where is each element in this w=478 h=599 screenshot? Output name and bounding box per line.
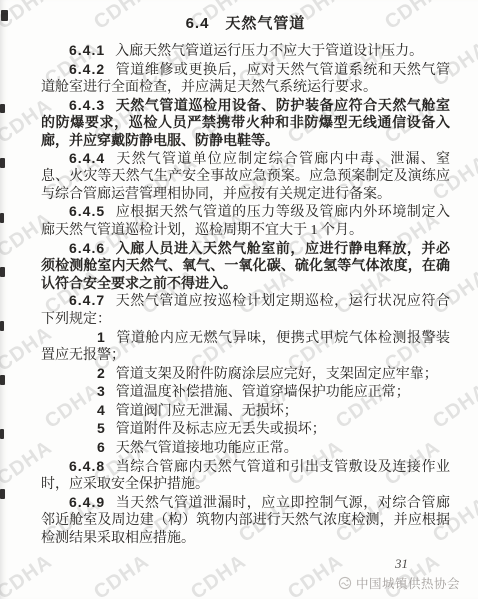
scan-artifact bbox=[0, 267, 5, 277]
clause-6-4-7: 6.4.7天然气管道应按巡检计划定期巡检，运行状况应符合下列规定： bbox=[41, 292, 450, 328]
clause-6-4-4: 6.4.4天然气管道单位应制定综合管廊内中毒、泄漏、窒息、火灾等天然气生产安全事… bbox=[41, 150, 450, 204]
sub-item-4: 4管道阀门应无泄漏、无损坏； bbox=[41, 402, 450, 421]
item-text: 管道阀门应无泄漏、无损坏； bbox=[116, 404, 298, 419]
clause-number: 6.4.2 bbox=[69, 61, 115, 77]
clause-number: 6.4.7 bbox=[69, 292, 115, 308]
sub-item-3: 3管道温度补偿措施、管道穿墙保护功能应正常； bbox=[41, 383, 450, 402]
sub-item-5: 5管道附件及标志应无丢失或损坏； bbox=[41, 420, 450, 439]
item-text: 管道附件及标志应无丢失或损坏； bbox=[116, 422, 326, 437]
clause-number: 6.4.3 bbox=[69, 97, 115, 113]
clause-6-4-3: 6.4.3天然气管道巡检用设备、防护装备应符合天然气舱室的防爆要求，巡检人员严禁… bbox=[41, 97, 450, 150]
watermark-text: CDHA bbox=[187, 550, 251, 599]
scan-artifact bbox=[1, 10, 8, 21]
scan-artifact bbox=[0, 375, 5, 385]
sub-item-1: 1管道舱内应无燃气异味，便携式甲烷气体检测报警装置应无报警； bbox=[41, 329, 450, 365]
cdha-logo-icon bbox=[338, 576, 352, 590]
item-number: 3 bbox=[97, 383, 116, 399]
item-number: 5 bbox=[97, 420, 116, 436]
watermark-text: CDHA bbox=[0, 550, 57, 599]
clause-text: 入廊天然气管道运行压力不应大于管道设计压力。 bbox=[115, 44, 423, 59]
clause-6-4-8: 6.4.8当综合管廊内天然气管道和引出支管敷设及连接作业时，应采取安全保护措施。 bbox=[41, 458, 450, 494]
clause-number: 6.4.4 bbox=[69, 150, 115, 166]
item-number: 4 bbox=[97, 402, 116, 418]
clause-6-4-5: 6.4.5应根据天然气管道的压力等级及管廊内外环境制定入廊天然气管道巡检计划，巡… bbox=[41, 203, 450, 239]
scan-artifact bbox=[0, 158, 5, 168]
sub-item-6: 6天然气管道接地功能应正常。 bbox=[41, 439, 450, 458]
section-title: 6.4 天然气管道 bbox=[41, 12, 450, 33]
scan-artifact bbox=[0, 321, 4, 331]
scan-artifact bbox=[0, 489, 5, 499]
clause-6-4-2: 6.4.2管道维修或更换后，应对天然气管道系统和天然气管道舱室进行全面检查，并应… bbox=[41, 61, 450, 97]
scan-artifact bbox=[0, 429, 4, 439]
clause-6-4-1: 6.4.1入廊天然气管道运行压力不应大于管道设计压力。 bbox=[41, 42, 450, 61]
watermark-text: CDHA bbox=[90, 550, 154, 599]
item-number: 2 bbox=[97, 365, 116, 381]
document-page: CDHACDHACDHACDHACDHACDHACDHACDHACDHACDHA… bbox=[0, 0, 478, 599]
clause-number: 6.4.6 bbox=[69, 240, 115, 256]
scan-artifact bbox=[0, 213, 4, 223]
page-number: 31 bbox=[395, 556, 408, 572]
scan-artifact bbox=[0, 104, 5, 113]
footer-org-name: 中国城镇供热协会 bbox=[356, 574, 460, 592]
clause-6-4-9: 6.4.9当天然气管道泄漏时，应立即控制气源，对综合管廊邻近舱室及周边建（构）筑… bbox=[41, 494, 450, 548]
sub-item-2: 2管道支架及附件防腐涂层应完好，支架固定应牢靠； bbox=[41, 365, 450, 384]
item-text: 天然气管道接地功能应正常。 bbox=[116, 441, 298, 456]
clause-number: 6.4.5 bbox=[69, 203, 115, 219]
clause-number: 6.4.8 bbox=[69, 458, 115, 474]
item-number: 1 bbox=[97, 329, 116, 345]
page-content: 6.4 天然气管道 6.4.1入廊天然气管道运行压力不应大于管道设计压力。 6.… bbox=[0, 0, 478, 548]
clause-number: 6.4.9 bbox=[69, 494, 115, 510]
item-text: 管道温度补偿措施、管道穿墙保护功能应正常； bbox=[116, 385, 410, 400]
item-text: 管道支架及附件防腐涂层应完好，支架固定应牢靠； bbox=[116, 367, 438, 382]
item-number: 6 bbox=[97, 439, 116, 455]
footer-organization: 中国城镇供热协会 bbox=[338, 574, 460, 592]
clause-number: 6.4.1 bbox=[69, 42, 115, 58]
clause-6-4-6: 6.4.6入廊人员进入天然气舱室前，应进行静电释放，并必须检测舱室内天然气、氧气… bbox=[41, 240, 450, 293]
